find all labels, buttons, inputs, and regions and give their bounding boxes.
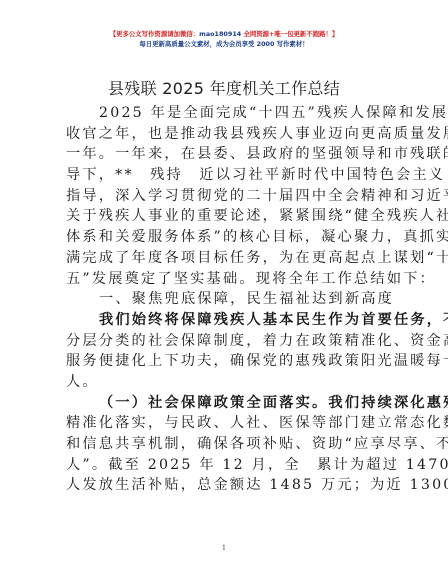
paragraph-line: 一年。一年来，在县委、县政府的坚强领导和市残联的有力指: [66, 144, 384, 165]
document-title: 县残联 2025 年度机关工作总结: [0, 79, 448, 99]
paragraph-line: 导下，** 残持 近以习社平新时代中国特色会主义 思想为: [66, 165, 384, 186]
document-body: 2025 年是全面完成“十四五”残疾人保障和发展规划的 收官之年，也是推动我县残…: [66, 103, 384, 496]
promo-banner-line-1: 【更多公文写作资源请加微信：mao180914 全网资源+唯一包更新不跑路！】: [0, 30, 448, 39]
paragraph-line: 满完成了年度各项目标任务，为在更高起点上谋划“十五: [66, 248, 384, 269]
paragraph-line: 人。: [66, 372, 384, 393]
paragraph-line: 分层分类的社会保障制度，着力在政策精准化、资金高效化、: [66, 331, 384, 352]
promo-wechat-id: mao180914: [199, 30, 241, 38]
paragraph-line: 服务便捷化上下功夫，确保党的惠残政策阳光温暖每一位残疾: [66, 351, 384, 372]
subsection-line: （一）社会保障政策全面落实。我们持续深化惠残政策的: [66, 393, 384, 414]
paragraph-line: 我们始终将保障残疾人基本民生作为首要任务，不断健全: [66, 310, 384, 331]
page-number: 1: [0, 544, 448, 552]
promo-text-start: 【更多公文写作资源请加微信：: [110, 30, 199, 38]
paragraph-line: 指导，深入学习贯彻党的二十届四中全会精神和习近平总书记: [66, 186, 384, 207]
paragraph-line: 和信息共享机制，确保各项补贴、资助“应享尽享、不漏一: [66, 434, 384, 455]
paragraph-line: 2025 年是全面完成“十四五”残疾人保障和发展规划的: [66, 103, 384, 124]
paragraph-line: 五”发展奠定了坚实基础。现将全年工作总结如下：: [66, 269, 384, 290]
paragraph-line: 人”。截至 2025 年 12 月，全 累计为超过 14700 名困难残疾: [66, 455, 384, 476]
paragraph-line: 体系和关爱服务体系”的核心目标，凝心聚力，真抓实干，圆: [66, 227, 384, 248]
paragraph-line: 关于残疾人事业的重要论述，紧紧围绕“健全残疾人社会保障: [66, 206, 384, 227]
promo-text-end: 全网资源+唯一包更新不跑路！】: [241, 30, 338, 38]
section-heading: 一、聚焦兜底保障，民生福祉达到新高度: [66, 289, 384, 310]
paragraph-line: 精准化落实，与民政、人社、医保等部门建立常态化数据比对: [66, 413, 384, 434]
paragraph-line: 收官之年，也是推动我县残疾人事业迈向更高质量发展的关键: [66, 124, 384, 145]
promo-banner-line-2: 每日更新高质量公文素材，成为会员享受 2000 写作素材！: [0, 40, 448, 49]
paragraph-line: 人发放生活补贴，总金额达 1485 万元；为近 13000 名重度残: [66, 475, 384, 496]
